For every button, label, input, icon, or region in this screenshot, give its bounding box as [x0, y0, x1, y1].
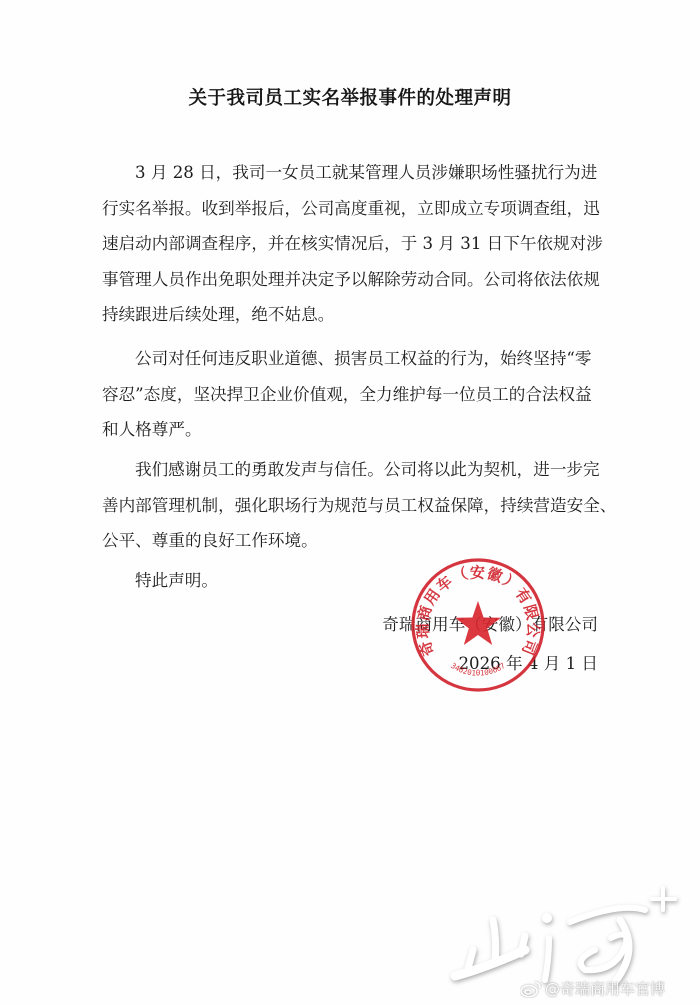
text-line: 3 月 28 日，我司一女员工就某管理人员涉嫌职场性骚扰行为进 [102, 155, 598, 191]
shanhe-logo-icon [445, 880, 685, 990]
closing-statement: 特此声明。 [102, 563, 598, 599]
text-line: 行实名举报。收到举报后，公司高度重视，立即成立专项调查组，迅 [102, 191, 598, 227]
text-line: 善内部管理机制，强化职场行为规范与员工权益保障，持续营造安全、 [102, 488, 598, 524]
paragraph-2: 公司对任何违反职业道德、损害员工权益的行为，始终坚持“零 容忍”态度，坚决捍卫企… [102, 341, 598, 448]
text-line: 公平、尊重的良好工作环境。 [102, 523, 598, 559]
text-line: 特此声明。 [102, 563, 598, 599]
paragraph-1: 3 月 28 日，我司一女员工就某管理人员涉嫌职场性骚扰行为进 行实名举报。收到… [102, 155, 598, 333]
paragraph-3: 我们感谢员工的勇敢发声与信任。公司将以此为契机，进一步完 善内部管理机制，强化职… [102, 452, 598, 559]
text-line: 速启动内部调查程序，并在核实情况后，于 3 月 31 日下午依规对涉 [102, 226, 598, 262]
text-line: 事管理人员作出免职处理并决定予以解除劳动合同。公司将依法依规 [102, 262, 598, 298]
text-line: 我们感谢员工的勇敢发声与信任。公司将以此为契机，进一步完 [102, 452, 598, 488]
signature-date: 2026 年 4 月 1 日 [459, 650, 599, 674]
text-line: 容忍”态度，坚决捍卫企业价值观，全力维护每一位员工的合法权益 [102, 377, 598, 413]
text-line: 公司对任何违反职业道德、损害员工权益的行为，始终坚持“零 [102, 341, 598, 377]
text-line: 持续跟进后续处理，绝不姑息。 [102, 297, 598, 333]
signature-company: 奇瑞商用车（安徽）有限公司 [382, 611, 598, 635]
document-title: 关于我司员工实名举报事件的处理声明 [0, 84, 700, 110]
weibo-account: @奇瑞商用车官博 [545, 978, 665, 999]
weibo-icon [520, 980, 542, 998]
text-line: 和人格尊严。 [102, 412, 598, 448]
weibo-source: @奇瑞商用车官博 [520, 978, 665, 999]
document-page: 关于我司员工实名举报事件的处理声明 3 月 28 日，我司一女员工就某管理人员涉… [0, 0, 700, 1006]
